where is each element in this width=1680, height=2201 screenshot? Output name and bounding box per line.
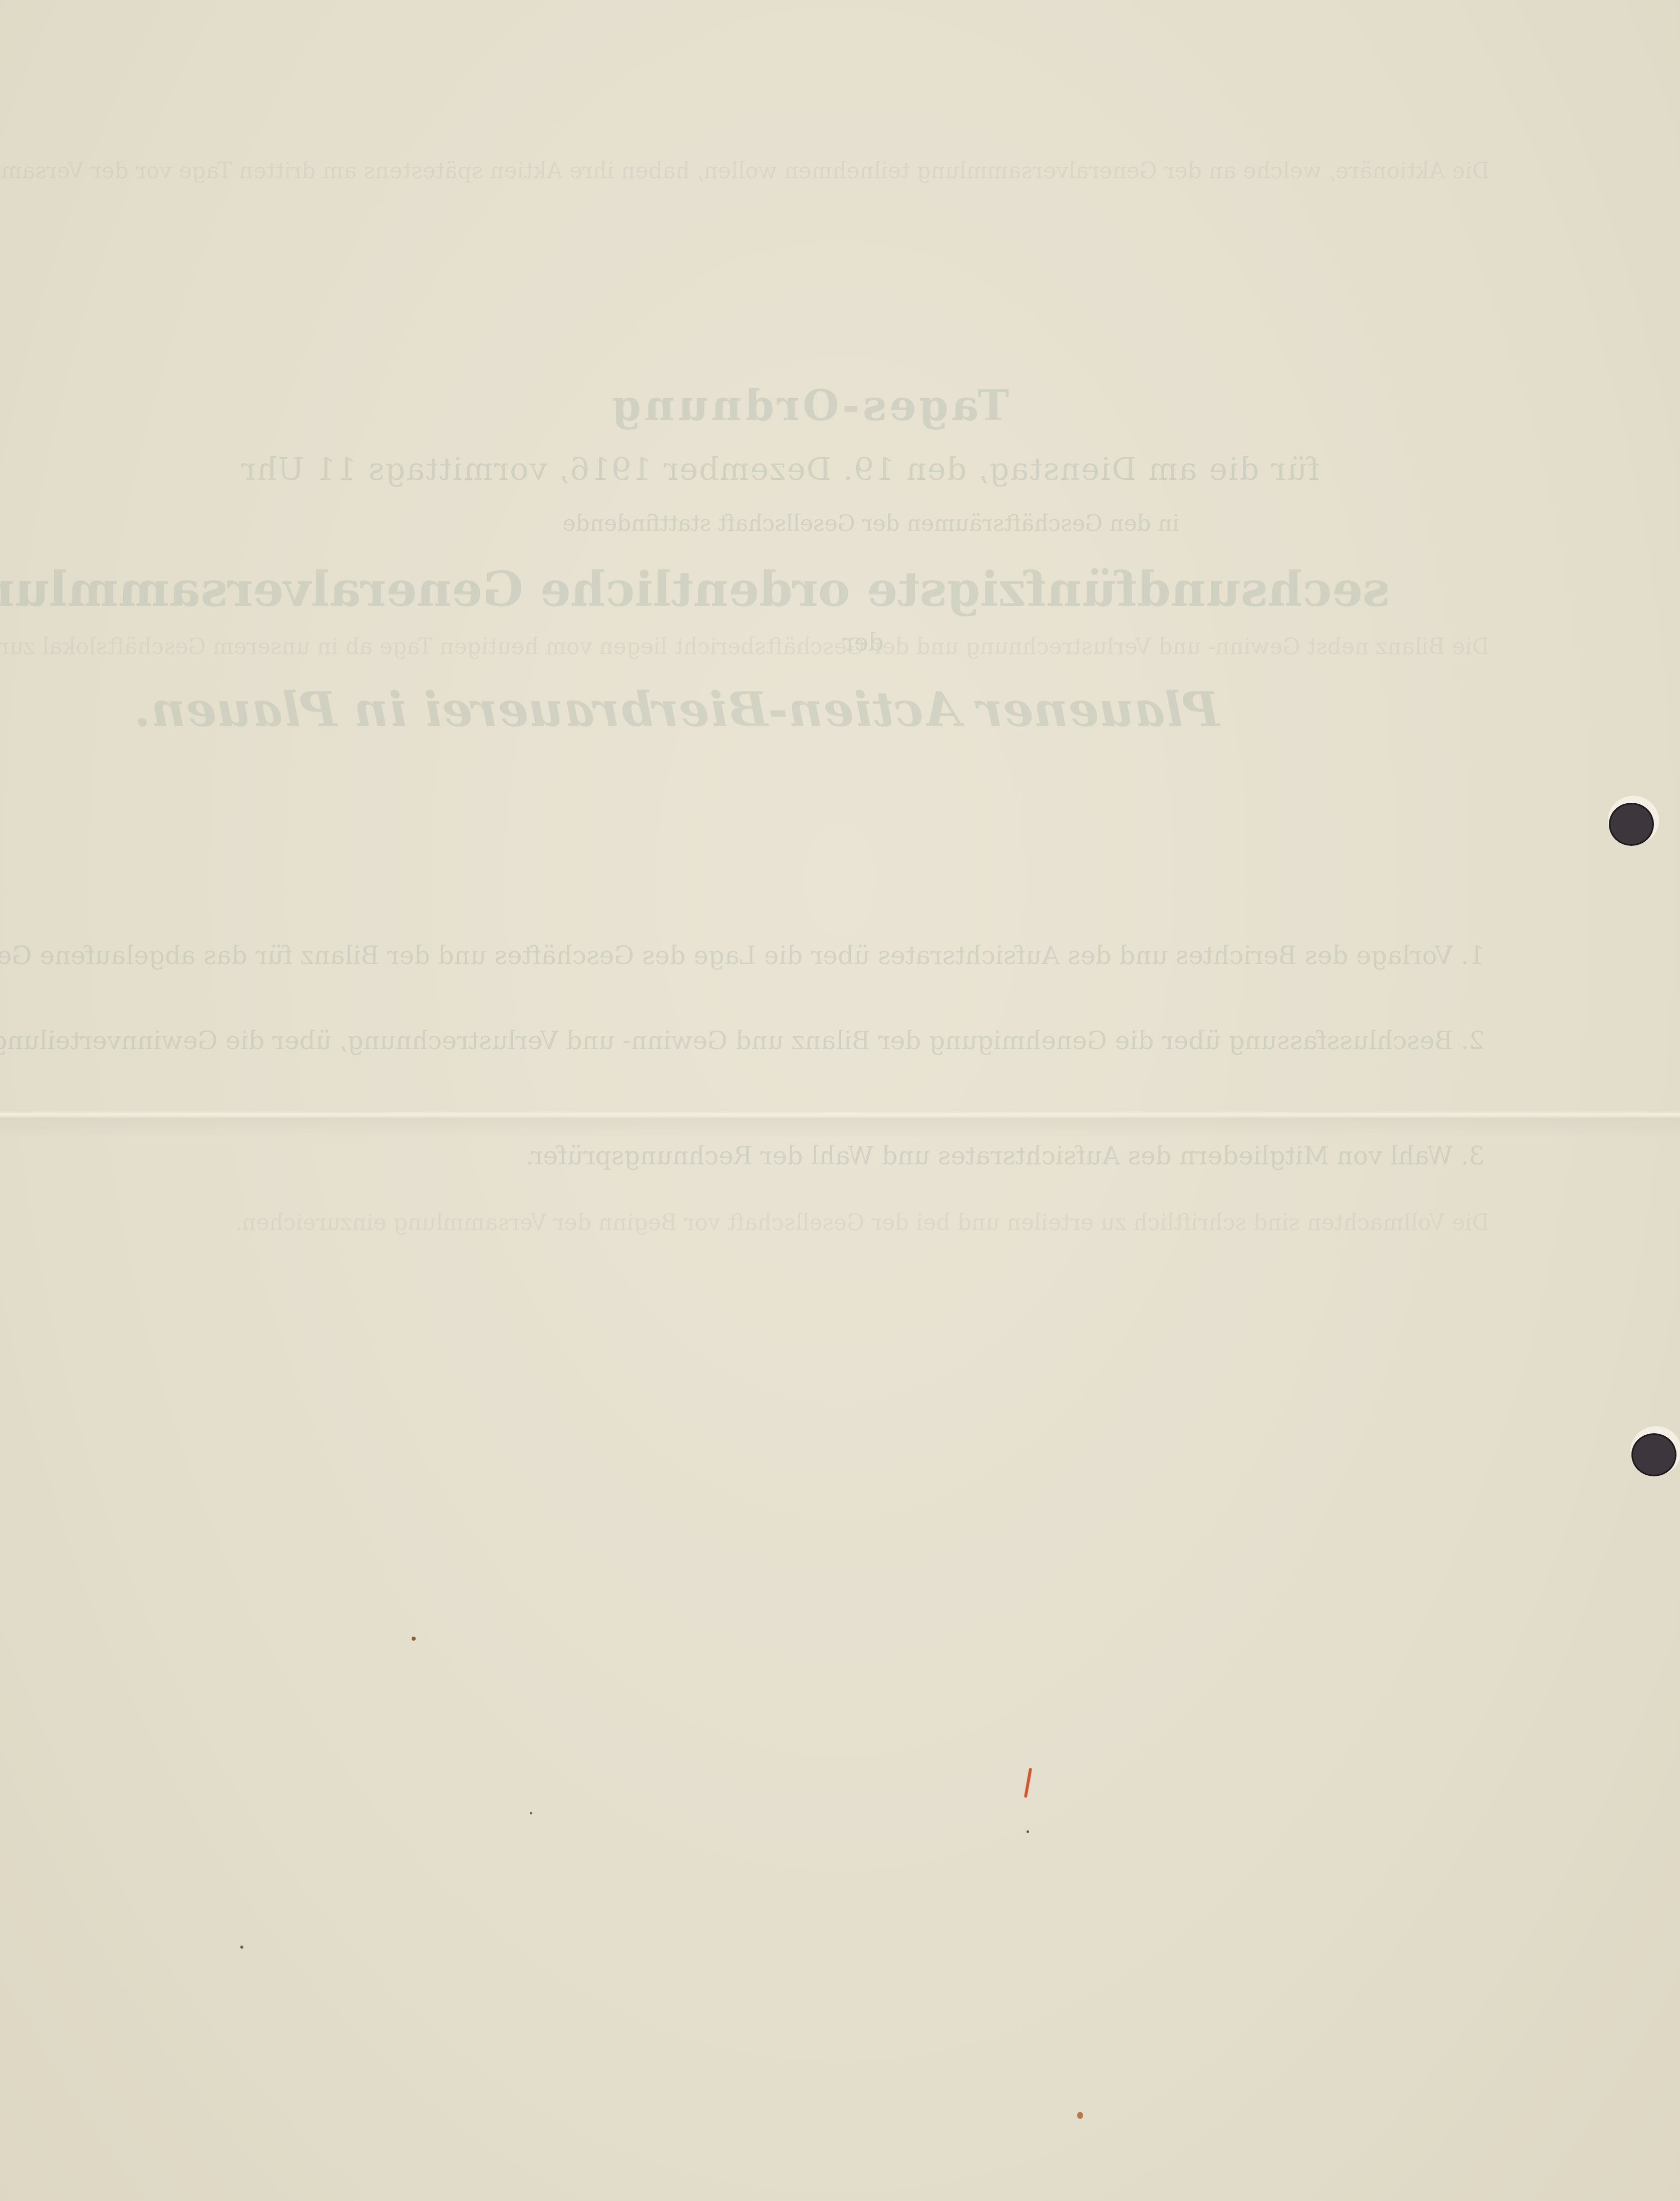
scanned-page: Die Aktionäre, welche an der Generalvers…	[0, 0, 1680, 2201]
bleed-through-text: Die Aktionäre, welche an der Generalvers…	[0, 0, 1680, 2201]
agenda-item: 2. Beschlussfassung über die Genehmigung…	[203, 1022, 1485, 1060]
agenda-item: 1. Vorlage des Berichtes und des Aufsich…	[203, 936, 1485, 975]
faint-paragraph: Die Vollmachten sind schriftlich zu erte…	[198, 1202, 1490, 1244]
paper-speck	[412, 1637, 416, 1641]
bleed-subtitle: für die am Dienstag, den 19. Dezember 19…	[240, 451, 1319, 487]
bleed-assembly-heading: sechsundfünfzigste ordentliche Generalve…	[0, 561, 1390, 617]
faint-paragraph: Die Bilanz nebst Gewinn- und Verlustrech…	[198, 626, 1490, 668]
paper-speck	[1027, 1830, 1029, 1833]
paper-speck	[240, 1946, 243, 1949]
punch-hole-icon	[1609, 803, 1654, 846]
faint-paragraph: Die Aktionäre, welche an der Generalvers…	[198, 150, 1490, 192]
bleed-title: Tages-Ordnung	[609, 381, 1009, 430]
paper-speck	[530, 1812, 532, 1814]
fold-line	[0, 1111, 1680, 1118]
agenda-item: 3. Wahl von Mitgliedern des Aufsichtsrat…	[203, 1137, 1485, 1175]
bleed-location-line: in den Geschäftsräumen der Gesellschaft …	[563, 511, 1179, 536]
bleed-company-name: Plauener Actien-Bierbrauerei in Plauen.	[134, 681, 1219, 738]
paper-speck	[1077, 2112, 1083, 2119]
punch-hole-icon	[1631, 1433, 1676, 1476]
fold-shadow	[0, 1118, 1680, 1138]
